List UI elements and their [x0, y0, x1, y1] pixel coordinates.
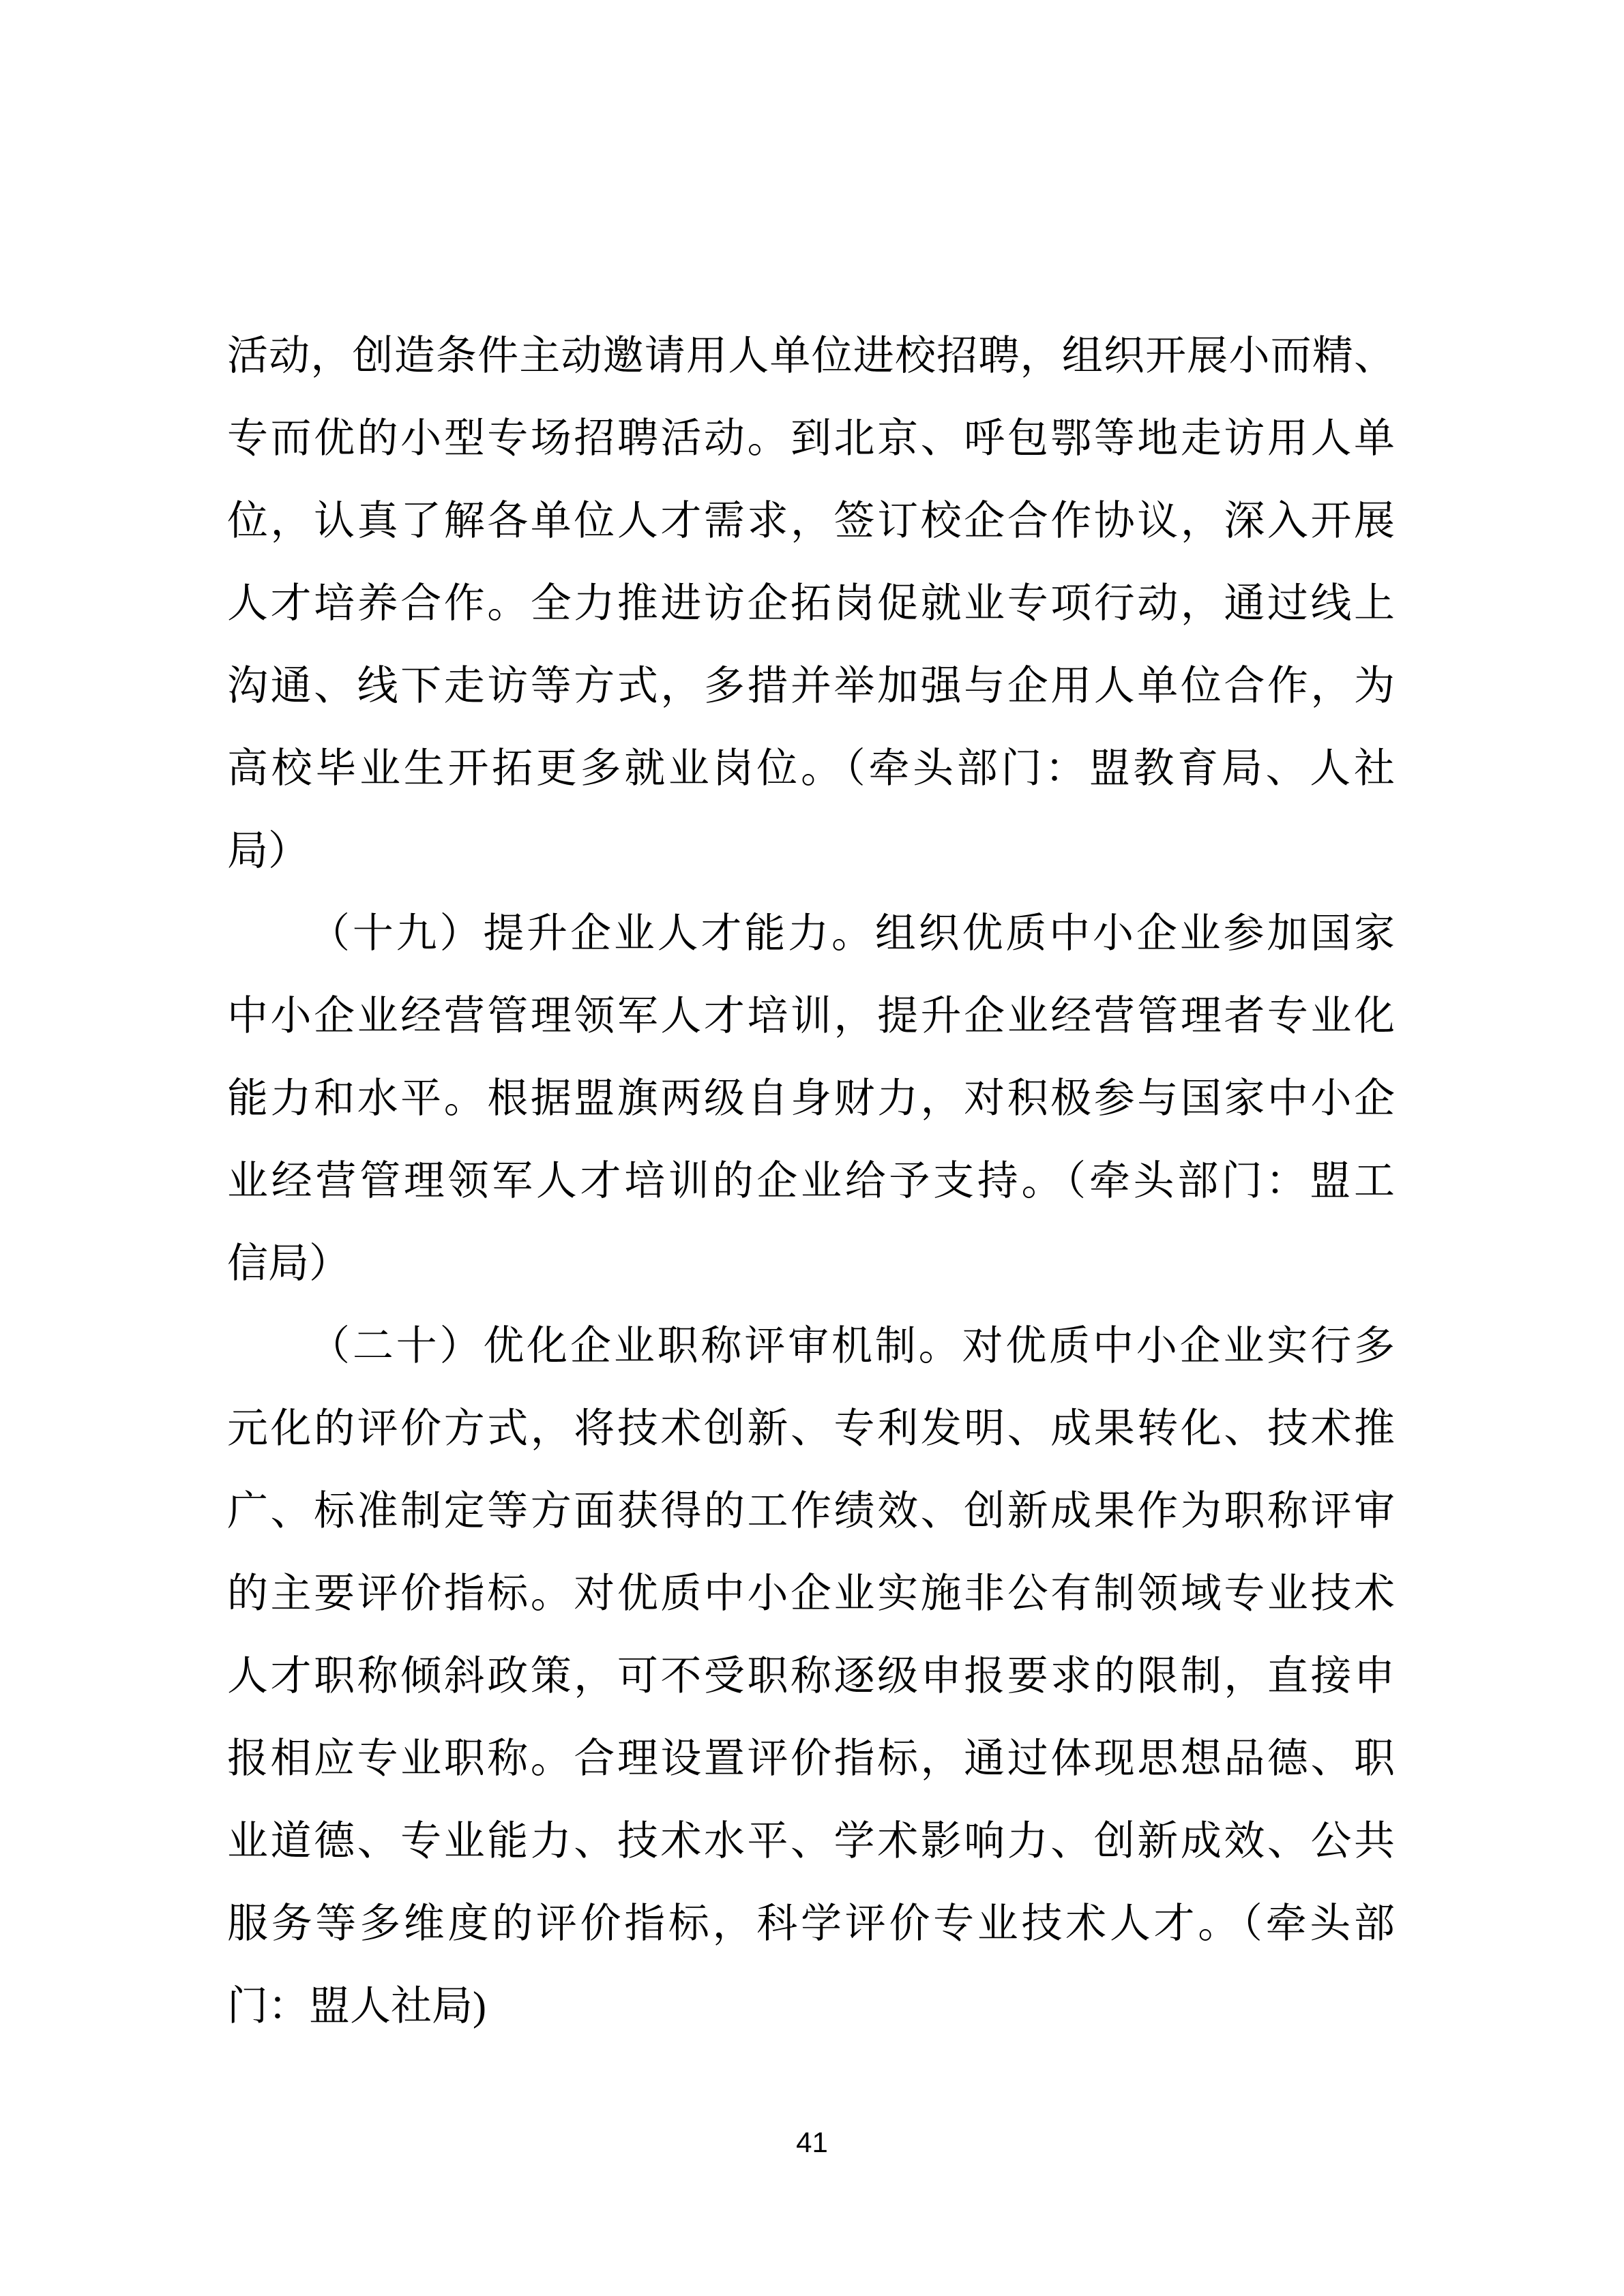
text-line: 的主要评价指标。对优质中小企业实施非公有制领域专业技术 [227, 1553, 1395, 1635]
text-line: 专而优的小型专场招聘活动。到北京、呼包鄂等地走访用人单 [227, 398, 1395, 480]
text-line: 活动，创造条件主动邀请用人单位进校招聘，组织开展小而精、 [227, 315, 1395, 398]
text-line: 局） [227, 810, 1395, 893]
text-line: 能力和水平。根据盟旗两级自身财力，对积极参与国家中小企 [227, 1058, 1395, 1140]
paragraph: （十九）提升企业人才能力。组织优质中小企业参加国家中小企业经营管理领军人才培训，… [227, 893, 1395, 1305]
text-line: （十九）提升企业人才能力。组织优质中小企业参加国家 [227, 893, 1395, 975]
text-line: 人才职称倾斜政策，可不受职称逐级申报要求的限制，直接申 [227, 1635, 1395, 1718]
text-line: 服务等多维度的评价指标，科学评价专业技术人才。（牵头部 [227, 1883, 1395, 1965]
text-line: 报相应专业职称。合理设置评价指标，通过体现思想品德、职 [227, 1718, 1395, 1800]
text-line: 人才培养合作。全力推进访企拓岗促就业专项行动，通过线上 [227, 563, 1395, 645]
text-line: 信局） [227, 1223, 1395, 1305]
text-line: 元化的评价方式，将技术创新、专利发明、成果转化、技术推 [227, 1388, 1395, 1470]
document-page: 活动，创造条件主动邀请用人单位进校招聘，组织开展小而精、专而优的小型专场招聘活动… [0, 0, 1624, 2296]
paragraph: 活动，创造条件主动邀请用人单位进校招聘，组织开展小而精、专而优的小型专场招聘活动… [227, 315, 1395, 893]
text-line: 沟通、线下走访等方式，多措并举加强与企用人单位合作，为 [227, 645, 1395, 728]
page-number: 41 [796, 2126, 828, 2158]
text-line: 业道德、专业能力、技术水平、学术影响力、创新成效、公共 [227, 1800, 1395, 1883]
paragraph: （二十）优化企业职称评审机制。对优质中小企业实行多元化的评价方式，将技术创新、专… [227, 1305, 1395, 2048]
page-footer: 41 [0, 2126, 1624, 2159]
text-line: 位，认真了解各单位人才需求，签订校企合作协议，深入开展 [227, 480, 1395, 563]
text-line: 高校毕业生开拓更多就业岗位。（牵头部门：盟教育局、人社 [227, 728, 1395, 810]
document-body: 活动，创造条件主动邀请用人单位进校招聘，组织开展小而精、专而优的小型专场招聘活动… [227, 315, 1395, 2048]
text-line: 中小企业经营管理领军人才培训，提升企业经营管理者专业化 [227, 975, 1395, 1058]
text-line: 广、标准制定等方面获得的工作绩效、创新成果作为职称评审 [227, 1470, 1395, 1553]
text-line: 业经营管理领军人才培训的企业给予支持。（牵头部门：盟工 [227, 1140, 1395, 1223]
text-line: 门：盟人社局) [227, 1965, 1395, 2048]
text-line: （二十）优化企业职称评审机制。对优质中小企业实行多 [227, 1305, 1395, 1388]
